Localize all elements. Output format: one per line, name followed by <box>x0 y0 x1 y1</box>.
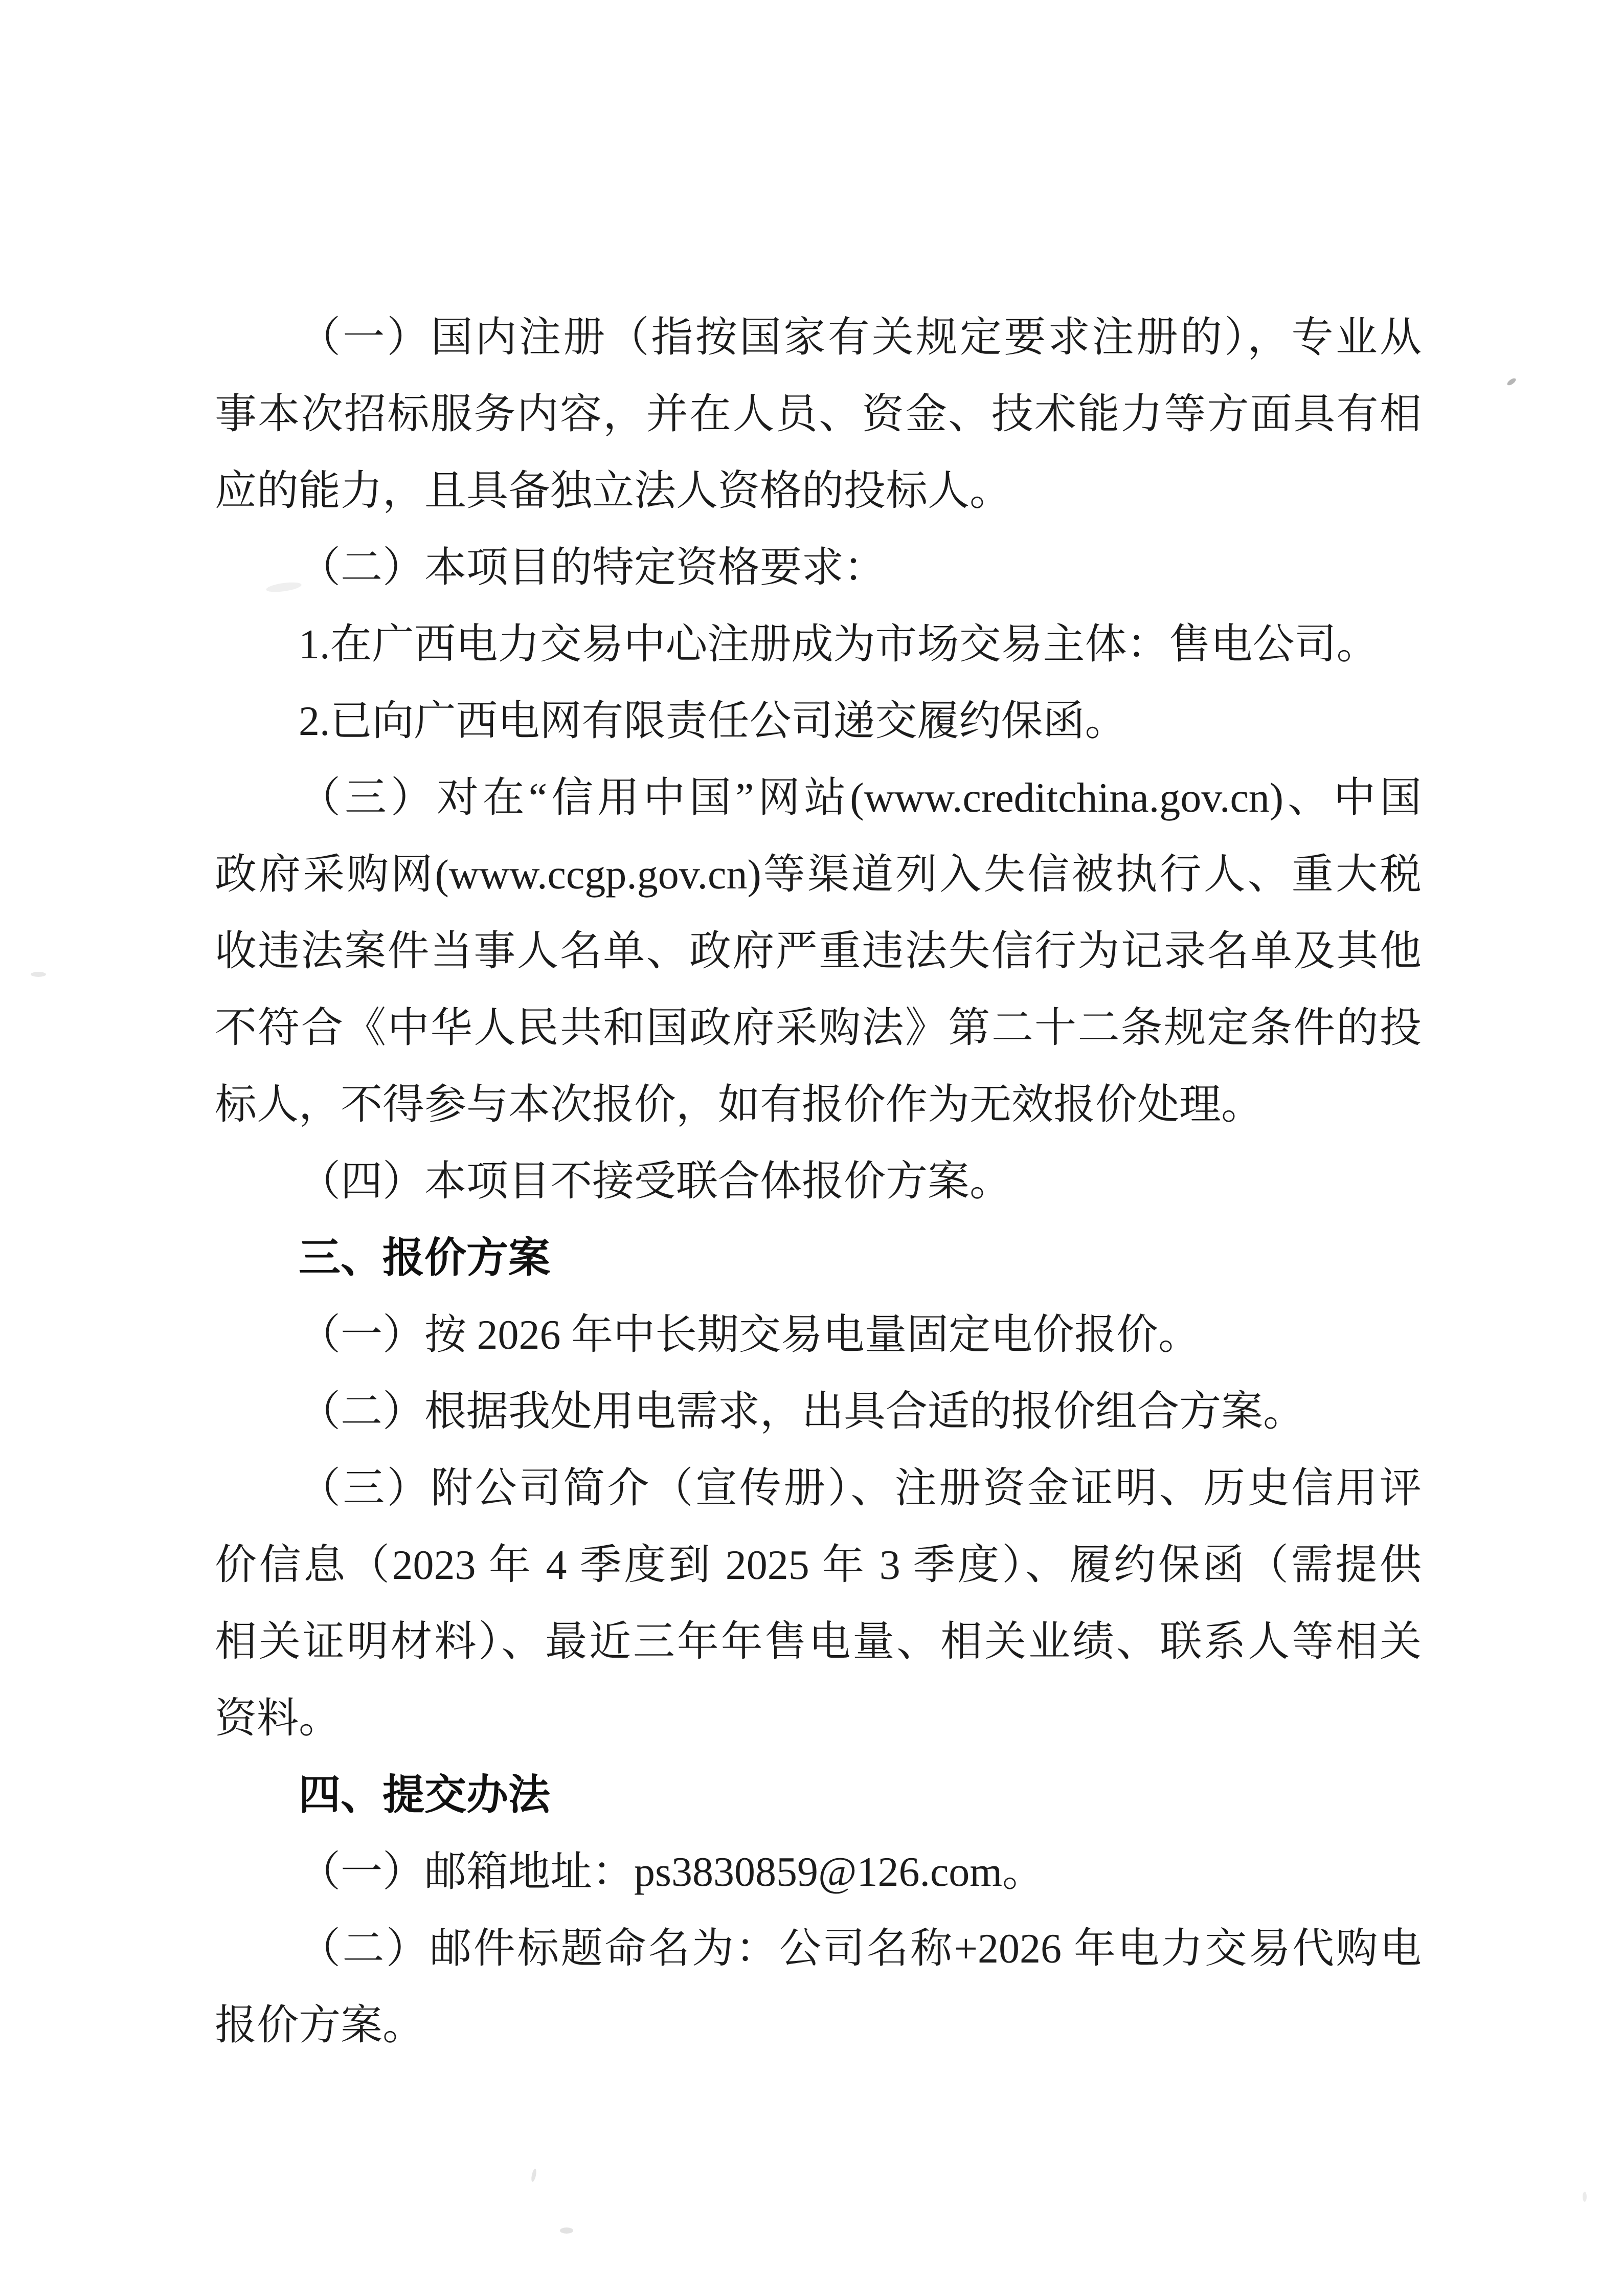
text-line: （一）邮箱地址：ps3830859@126.com。 <box>215 1834 1422 1910</box>
text-line: 2.已向广西电网有限责任公司递交履约保函。 <box>215 683 1422 760</box>
section-heading: 三、报价方案 <box>215 1220 1422 1297</box>
scanned-document-page: （一）国内注册（指按国家有关规定要求注册的），专业从事本次招标服务内容，并在人员… <box>0 0 1623 2296</box>
text-line: 报价方案。 <box>215 1987 1422 2064</box>
scan-speckle <box>530 2168 537 2182</box>
text-line: 政府采购网(www.ccgp.gov.cn)等渠道列入失信被执行人、重大税 <box>215 836 1422 913</box>
text-line: 收违法案件当事人名单、政府严重违法失信行为记录名单及其他 <box>215 913 1422 990</box>
scan-speckle <box>1583 2192 1587 2202</box>
scan-speckle <box>31 972 46 977</box>
text-line: （二）本项目的特定资格要求： <box>215 529 1422 606</box>
scan-speckle <box>1506 377 1517 387</box>
text-line: 资料。 <box>215 1680 1422 1757</box>
section-heading: 四、提交办法 <box>215 1757 1422 1834</box>
scan-speckle <box>560 2227 573 2234</box>
text-line: 不符合《中华人民共和国政府采购法》第二十二条规定条件的投 <box>215 990 1422 1066</box>
text-line: （二）根据我处用电需求，出具合适的报价组合方案。 <box>215 1373 1422 1450</box>
document-body: （一）国内注册（指按国家有关规定要求注册的），专业从事本次招标服务内容，并在人员… <box>215 299 1422 2064</box>
text-line: 相关证明材料）、最近三年年售电量、相关业绩、联系人等相关 <box>215 1603 1422 1680</box>
text-line: 标人，不得参与本次报价，如有报价作为无效报价处理。 <box>215 1066 1422 1143</box>
text-line: （四）本项目不接受联合体报价方案。 <box>215 1143 1422 1220</box>
text-line: 事本次招标服务内容，并在人员、资金、技术能力等方面具有相 <box>215 376 1422 453</box>
text-line: （三）附公司简介（宣传册）、注册资金证明、历史信用评 <box>215 1450 1422 1527</box>
text-line: （一）按 2026 年中长期交易电量固定电价报价。 <box>215 1297 1422 1373</box>
text-line: （一）国内注册（指按国家有关规定要求注册的），专业从 <box>215 299 1422 376</box>
text-line: 1.在广西电力交易中心注册成为市场交易主体：售电公司。 <box>215 606 1422 683</box>
text-line: 价信息（2023 年 4 季度到 2025 年 3 季度）、履约保函（需提供 <box>215 1527 1422 1603</box>
text-line: （二）邮件标题命名为：公司名称+2026 年电力交易代购电 <box>215 1910 1422 1987</box>
text-line: （三）对在“信用中国”网站(www.creditchina.gov.cn)、中国 <box>215 760 1422 836</box>
text-line: 应的能力，且具备独立法人资格的投标人。 <box>215 453 1422 529</box>
